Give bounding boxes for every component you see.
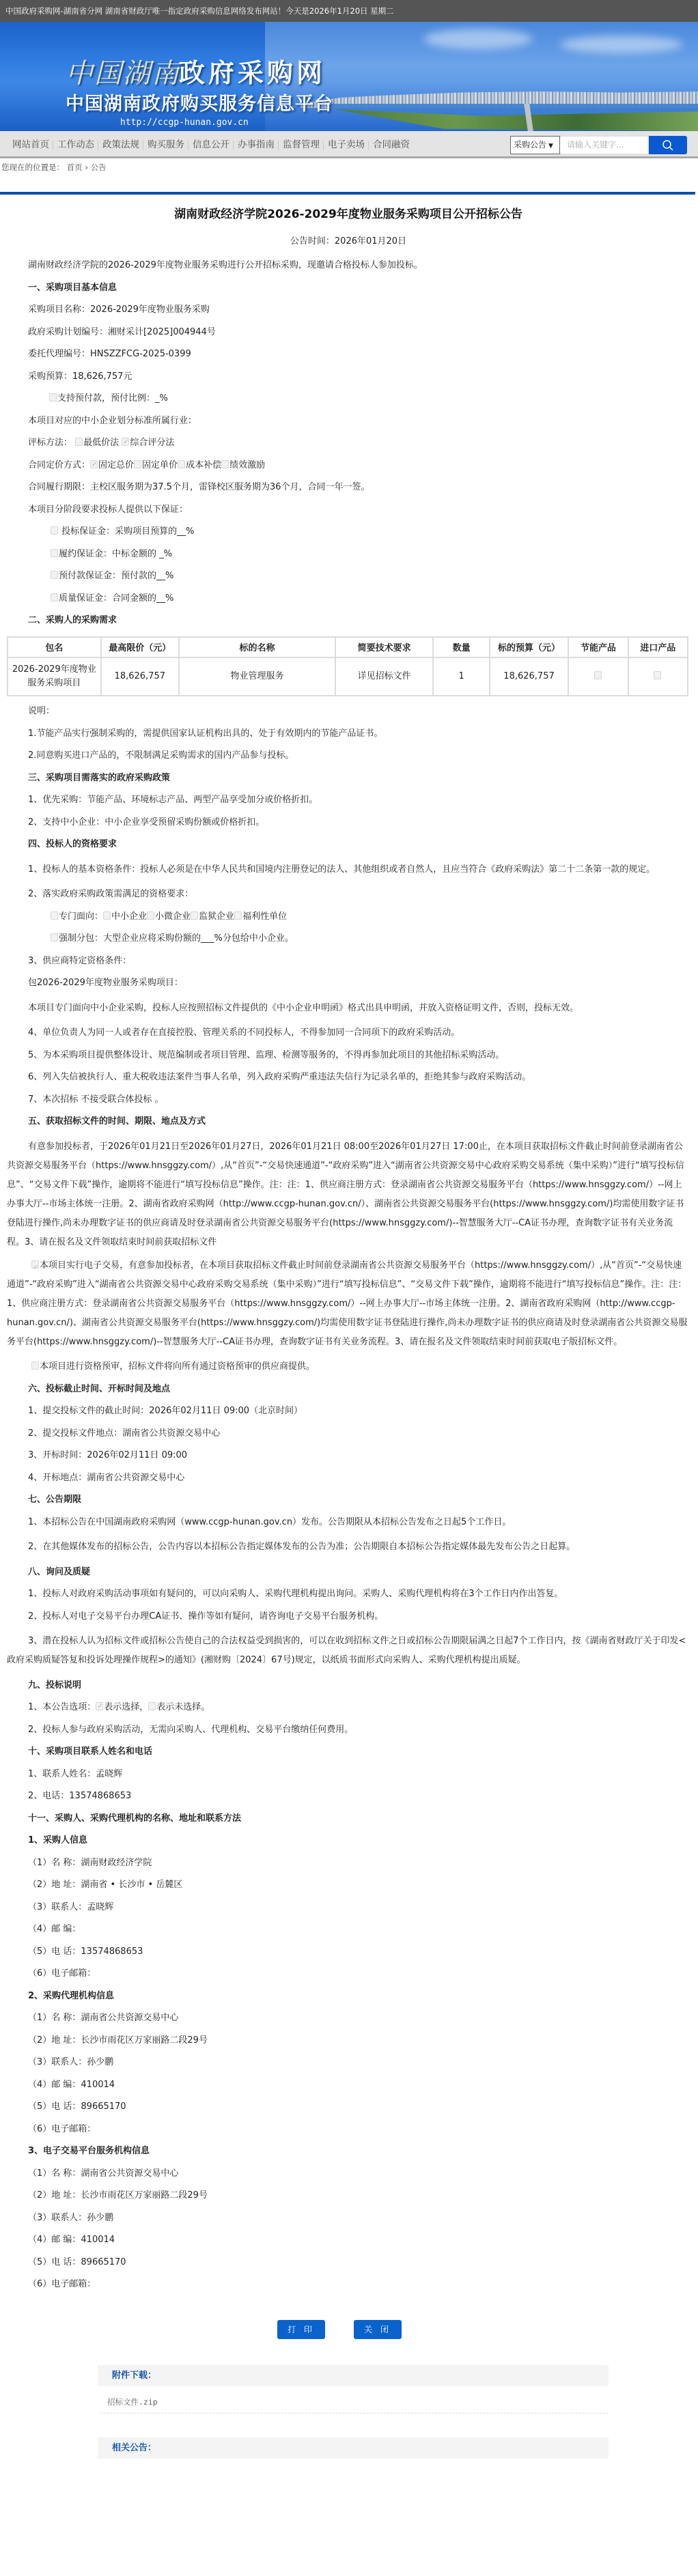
section-heading-10: 十、采购项目联系人姓名和电话 xyxy=(7,1745,690,1759)
section-heading-2: 二、采购人的采购需求 xyxy=(7,614,690,627)
rule-item: 4、单位负责人为同一人或者存在直接控股、管理关系的不同投标人，不得参加同一合同项… xyxy=(7,1026,690,1040)
print-button[interactable]: 打 印 xyxy=(277,2320,325,2339)
checkbox-icon xyxy=(51,593,58,601)
eval-method: 评标方法： 最低价法 综合评分法 xyxy=(7,436,690,450)
dedicated-option: 监狱企业 xyxy=(199,911,234,922)
checkbox-icon xyxy=(178,460,185,468)
breadcrumb-home[interactable]: 首页 xyxy=(67,162,83,172)
col-imported: 进口产品 xyxy=(628,637,688,657)
nav-item-emall[interactable]: 电子卖场 xyxy=(324,131,369,158)
guarantee-item: 质量保证金：合同金额的__% xyxy=(7,592,690,606)
checkbox-icon xyxy=(221,460,229,468)
checkbox-icon xyxy=(148,1702,156,1710)
purchaser-info-title: 1、采购人信息 xyxy=(7,1834,690,1848)
pricing-label: 合同定价方式： xyxy=(28,460,90,470)
attachments-panel: 附件下载： 招标文件.zip xyxy=(98,2365,609,2414)
cell-energy-saving xyxy=(568,657,628,696)
breadcrumb-current[interactable]: 公告 xyxy=(91,162,107,172)
guarantee-label: 预付款保证金：预付款的__% xyxy=(59,571,173,581)
note-item: 2.同意购买进口产品的，不限制满足采购需求的国内产品参与投标。 xyxy=(7,749,690,763)
policy-item: 1、优先采购：节能产品、环境标志产品、两型产品享受加分或价格折扣。 xyxy=(7,793,690,807)
search-category-value: 采购公告 xyxy=(514,140,546,150)
guarantee-item: 预付款保证金：预付款的__% xyxy=(7,569,690,583)
qualification-basic: 1、投标人的基本资格条件：投标人必须是在中华人民共和国境内注册登记的法人、其他组… xyxy=(7,860,690,879)
checkbox-icon xyxy=(31,1361,39,1370)
checkbox-icon xyxy=(234,911,242,920)
col-energy-saving: 节能产品 xyxy=(568,637,628,657)
period-item: 1、本招标公告在中国湖南政府采购网（www.ccgp-hunan.gov.cn）… xyxy=(7,1516,690,1529)
cell-package: 2026-2029年度物业服务采购项目 xyxy=(8,657,101,696)
agent-number: 委托代理编号：HNSZZFCG-2025-0399 xyxy=(7,348,690,361)
purchaser-info-line: （5）电 话：13574868653 xyxy=(7,1945,690,1959)
banner-cloud xyxy=(423,29,533,49)
checkbox-icon xyxy=(75,438,83,446)
subcontract-label: 强制分包：大型企业应将采购份额的___%分包给中小企业。 xyxy=(59,933,294,944)
guarantee-label: 投标保证金：采购项目预算的__% xyxy=(59,526,195,537)
page-title: 湖南财政经济学院2026-2029年度物业服务采购项目公开招标公告 xyxy=(7,204,690,221)
guarantee-intro: 本项目分阶段要求投标人提供以下保证： xyxy=(7,503,690,517)
checkbox-checked-icon xyxy=(31,1260,39,1269)
deadline-item: 1、提交投标文件的截止时间：2026年02月11日 09:00（北京时间） xyxy=(7,1404,690,1418)
nav-item-purchase-service[interactable]: 购买服务 xyxy=(143,131,189,158)
agency-info-line: （6）电子邮箱： xyxy=(7,2123,690,2136)
publish-date: 公告时间：2026年01月20日 xyxy=(7,233,690,246)
section-heading-8: 八、询问及质疑 xyxy=(7,1566,690,1579)
attachment-file-link[interactable]: 招标文件.zip xyxy=(100,2386,609,2414)
qualification-policy: 2、落实政府采购政策需满足的资格要求： xyxy=(7,888,690,901)
top-info-text: 中国政府采购网-湖南省分网 湖南省财政厅唯一指定政府采购信息网络发布网站！今天是… xyxy=(5,6,394,16)
pricing-option: 固定单价 xyxy=(142,460,178,470)
legend-unselected: 表示未选择。 xyxy=(156,1702,210,1712)
site-url: http://ccgp-hunan.gov.cn xyxy=(120,117,249,128)
nav-item-financing[interactable]: 合同融资 xyxy=(369,131,414,158)
col-package: 包名 xyxy=(8,637,101,657)
col-budget: 标的预算（元） xyxy=(490,637,568,657)
purchaser-info-line: （2）地 址：湖南省 • 长沙市 • 岳麓区 xyxy=(7,1878,690,1892)
electronic-trade-text: 本项目实行电子交易，有意参加投标者，在本项目获取招标文件截止时间前登录湖南省公共… xyxy=(7,1260,687,1347)
checkbox-icon xyxy=(49,393,57,401)
legend-selected: 表示选择， xyxy=(104,1702,148,1712)
checkbox-checked-icon xyxy=(90,460,98,468)
agency-info-line: （5）电 话：89665170 xyxy=(7,2100,690,2114)
platform-info-line: （3）联系人：孙少鹏 xyxy=(7,2211,690,2225)
checkbox-icon xyxy=(147,911,154,920)
prepay-label: 支持预付款，预付比例：_% xyxy=(57,393,168,404)
cell-tech-req: 详见招标文件 xyxy=(335,657,434,696)
search-bar: 采购公告▼ 请输入关键字... xyxy=(510,136,687,154)
chevron-down-icon: ▼ xyxy=(548,143,553,150)
checkbox-icon xyxy=(134,460,141,468)
section-heading-4: 四、投标人的资格要求 xyxy=(7,838,690,851)
section-heading-9: 九、投标说明 xyxy=(7,1679,690,1693)
package-detail: 本项目专门面向中小企业采购，投标人应按照招标文件提供的《中小企业申明函》格式出具… xyxy=(7,999,690,1018)
platform-info-title: 3、电子交易平台服务机构信息 xyxy=(7,2145,690,2158)
industry: 本项目对应的中小企业划分标准所属行业： xyxy=(7,414,690,428)
checkbox-icon xyxy=(191,911,198,920)
banner-cloud xyxy=(560,36,683,53)
platform-info-line: （2）地 址：长沙市雨花区万家丽路二段29号 xyxy=(7,2189,690,2203)
dedicated-option: 小微企业 xyxy=(155,911,191,922)
checkbox-checked-icon xyxy=(96,1702,103,1710)
search-button[interactable] xyxy=(649,136,687,154)
section-heading-5: 五、获取招标文件的时间、期限、地点及方式 xyxy=(7,1115,690,1129)
dedicated-label: 专门面向： xyxy=(59,911,103,922)
deadline-item: 4、开标地点：湖南省公共资源交易中心 xyxy=(7,1471,690,1485)
budget: 采购预算：18,626,757元 xyxy=(7,370,690,384)
agency-info-title: 2、采购代理机构信息 xyxy=(7,1990,690,2003)
package-label: 包2026-2029年度物业服务采购项目： xyxy=(7,976,690,990)
platform-info-line: （5）电 话：89665170 xyxy=(7,2256,690,2269)
nav-item-policy[interactable]: 政策法规 xyxy=(98,131,143,158)
checkbox-icon xyxy=(51,933,58,942)
purchaser-info-line: （3）联系人：孟晓辉 xyxy=(7,1901,690,1914)
col-quantity: 数量 xyxy=(433,637,489,657)
prequalification-option: 本项目进行资格预审，招标文件将向所有通过资格预审的供应商提供。 xyxy=(7,1360,690,1374)
contact-name: 1、联系人姓名：孟晓辉 xyxy=(7,1768,690,1781)
checkbox-icon xyxy=(103,911,111,920)
site-logo-title: 政府采购网 xyxy=(179,52,326,89)
agency-info-line: （1）名 称：湖南省公共资源交易中心 xyxy=(7,2011,690,2025)
cell-budget: 18,626,757 xyxy=(490,657,568,696)
prequalification-text: 本项目进行资格预审，招标文件将向所有通过资格预审的供应商提供。 xyxy=(40,1361,315,1372)
site-subtitle: 中国湖南政府购买服务信息平台 xyxy=(66,89,333,115)
nav-item-supervision[interactable]: 监督管理 xyxy=(279,131,324,158)
platform-info-line: （4）邮 编：410014 xyxy=(7,2233,690,2247)
breadcrumb-separator: › xyxy=(85,162,88,172)
eval-option: 最低价法 xyxy=(83,438,119,448)
cell-imported xyxy=(628,657,688,696)
purchaser-info-line: （6）电子邮箱： xyxy=(7,1967,690,1981)
eval-label: 评标方法： xyxy=(28,438,72,448)
agency-info-line: （3）联系人：孙少鹏 xyxy=(7,2056,690,2069)
policy-item: 2、支持中小企业：中小企业享受预留采购份额或价格折扣。 xyxy=(7,816,690,830)
legend-line: 1、本公告选项：表示选择，表示未选择。 xyxy=(7,1701,690,1714)
site-banner: 中国湖南 政府采购网 中国湖南政府购买服务信息平台 http://ccgp-hu… xyxy=(0,22,698,131)
deadline-item: 3、开标时间：2026年02月11日 09:00 xyxy=(7,1449,690,1462)
checkbox-icon xyxy=(594,671,602,679)
cell-max-price: 18,626,757 xyxy=(101,657,179,696)
bid-note: 2、投标人参与政府采购活动，无需向采购人、代理机构、交易平台缴纳任何费用。 xyxy=(7,1723,690,1737)
dedicated-option: 福利性单位 xyxy=(242,911,287,922)
indent-spacer xyxy=(7,1260,31,1271)
guarantee-label: 质量保证金：合同金额的__% xyxy=(59,593,173,604)
notice-body: 湖南财政经济学院2026-2029年度物业服务采购项目公开招标公告 公告时间：2… xyxy=(0,204,698,2291)
breadcrumb-prefix: 您现在的位置是： xyxy=(1,162,64,172)
legend-prefix: 1、本公告选项： xyxy=(28,1702,96,1712)
agency-info-line: （2）地 址：长沙市雨花区万家丽路二段29号 xyxy=(7,2034,690,2048)
contract-term: 合同履行期限：主校区服务期为37.5个月，雷锋校区服务期为36个月，合同一年一签… xyxy=(7,481,690,494)
section-heading-6: 六、投标截止时间、开标时间及地点 xyxy=(7,1383,690,1396)
search-category-select[interactable]: 采购公告▼ xyxy=(510,136,560,154)
pricing-method: 合同定价方式：固定总价固定单价成本补偿绩效激励 xyxy=(7,459,690,472)
guarantee-label: 履约保证金：中标金额的 _% xyxy=(59,549,172,559)
pricing-option: 固定总价 xyxy=(98,460,134,470)
section-heading-1: 一、采购项目基本信息 xyxy=(7,281,690,295)
nav-item-guide[interactable]: 办事指南 xyxy=(234,131,279,158)
site-logo-calligraphy: 中国湖南 xyxy=(66,52,180,91)
electronic-trade-option: 本项目实行电子交易，有意参加投标者，在本项目获取招标文件截止时间前登录湖南省公共… xyxy=(7,1256,690,1352)
rule-item: 6、列入失信被执行人、重大税收违法案件当事人名单，列入政府采购严重违法失信行为记… xyxy=(7,1071,690,1084)
col-item-name: 标的名称 xyxy=(179,637,335,657)
purchaser-info-line: （1）名 称：湖南财政经济学院 xyxy=(7,1856,690,1870)
table-row: 2026-2029年度物业服务采购项目 18,626,757 物业管理服务 详见… xyxy=(8,657,688,696)
note-item: 1.节能产品实行强制采购的，需提供国家认证机构出具的、处于有效期内的节能产品证书… xyxy=(7,727,690,741)
top-info-bar: 中国政府采购网-湖南省分网 湖南省财政厅唯一指定政府采购信息网络发布网站！今天是… xyxy=(0,0,698,22)
section-heading-3: 三、采购项目需落实的政府采购政策 xyxy=(7,772,690,785)
obtain-docs-text: 有意参加投标者，于2026年01月21日至2026年01月27日，2026年01… xyxy=(7,1137,690,1252)
contact-phone: 2、电话：13574868653 xyxy=(7,1789,690,1803)
prepay-option: 支持预付款，预付比例：_% xyxy=(7,392,690,406)
note-label: 说明： xyxy=(7,705,690,718)
purchaser-info-line: （4）邮 编： xyxy=(7,1923,690,1936)
eval-option: 综合评分法 xyxy=(130,438,174,448)
rule-item: 5、为本采购项目提供整体设计、规范编制或者项目管理、监理、检测等服务的，不得再参… xyxy=(7,1049,690,1062)
project-name: 采购项目名称：2026-2029年度物业服务采购 xyxy=(7,303,690,317)
checkbox-icon xyxy=(51,549,58,557)
breadcrumb: 您现在的位置是： 首页 › 公告 xyxy=(0,158,698,190)
period-item: 2、在其他媒体发布的招标公告，公告内容以本招标公告指定媒体发布的公告为准；公告期… xyxy=(7,1538,690,1557)
title-divider xyxy=(0,192,695,195)
checkbox-icon xyxy=(51,526,58,535)
agency-info-line: （4）邮 编：410014 xyxy=(7,2078,690,2092)
inquiry-item: 1、投标人对政府采购活动事项如有疑问的，可以向采购人、采购代理机构提出询问。采购… xyxy=(7,1587,690,1601)
subcontract: 强制分包：大型企业应将采购份额的___%分包给中小企业。 xyxy=(7,932,690,946)
cell-item-name: 物业管理服务 xyxy=(179,657,335,696)
main-nav: 网站首页 工作动态 政策法规 购买服务 信息公开 办事指南 监督管理 电子卖场 … xyxy=(0,131,698,158)
checkbox-icon xyxy=(51,911,58,920)
checkbox-checked-icon xyxy=(122,438,129,446)
checkbox-icon xyxy=(654,671,661,679)
guarantee-item: 投标保证金：采购项目预算的__% xyxy=(7,525,690,539)
attachments-heading: 附件下载： xyxy=(98,2365,609,2386)
platform-info-line: （1）名 称：湖南省公共资源交易中心 xyxy=(7,2167,690,2181)
inquiry-item: 3、潜在投标人认为招标文件或招标公告使自己的合法权益受到损害的，可以在收到招标文… xyxy=(7,1632,690,1670)
col-max-price: 最高限价（元） xyxy=(101,637,179,657)
dedicated-option: 中小企业 xyxy=(111,911,147,922)
platform-info-line: （6）电子邮箱： xyxy=(7,2278,690,2291)
search-icon xyxy=(662,139,674,152)
deadline-item: 2、提交投标文件地点：湖南省公共资源交易中心 xyxy=(7,1427,690,1441)
close-button[interactable]: 关 闭 xyxy=(354,2320,402,2339)
specific-qualification: 3、供应商特定资格条件： xyxy=(7,954,690,968)
plan-number: 政府采购计划编号：湘财采计[2025]004944号 xyxy=(7,326,690,339)
rule-item: 7、本次招标 不接受联合体投标 。 xyxy=(7,1093,690,1107)
guarantee-item: 履约保证金：中标金额的 _% xyxy=(7,548,690,561)
search-input[interactable]: 请输入关键字... xyxy=(560,136,649,154)
col-tech-req: 简要技术要求 xyxy=(335,637,434,657)
nav-item-disclosure[interactable]: 信息公开 xyxy=(189,131,234,158)
section-heading-7: 七、公告期限 xyxy=(7,1493,690,1507)
cell-quantity: 1 xyxy=(433,657,489,696)
action-buttons: 打 印 关 闭 xyxy=(0,2320,698,2339)
section-heading-11: 十一、采购人、采购代理机构的名称、地址和联系方法 xyxy=(7,1812,690,1826)
nav-item-home[interactable]: 网站首页 xyxy=(8,131,53,158)
related-heading: 相关公告： xyxy=(98,2437,609,2459)
requirements-table: 包名 最高限价（元） 标的名称 简要技术要求 数量 标的预算（元） 节能产品 进… xyxy=(7,636,688,696)
pricing-option: 成本补偿 xyxy=(186,460,221,470)
intro-text: 湖南财政经济学院的2026-2029年度物业服务采购进行公开招标采购，现邀请合格… xyxy=(7,259,690,272)
related-panel: 相关公告： xyxy=(98,2437,609,2459)
pricing-option: 绩效激励 xyxy=(229,460,265,470)
inquiry-item: 2、投标人对电子交易平台办理CA证书、操作等如有疑问，请咨询电子交易平台服务机构… xyxy=(7,1610,690,1624)
dedicated-to: 专门面向：中小企业小微企业监狱企业福利性单位 xyxy=(7,910,690,924)
table-header-row: 包名 最高限价（元） 标的名称 简要技术要求 数量 标的预算（元） 节能产品 进… xyxy=(8,637,688,657)
nav-item-news[interactable]: 工作动态 xyxy=(53,131,98,158)
checkbox-icon xyxy=(51,571,58,579)
